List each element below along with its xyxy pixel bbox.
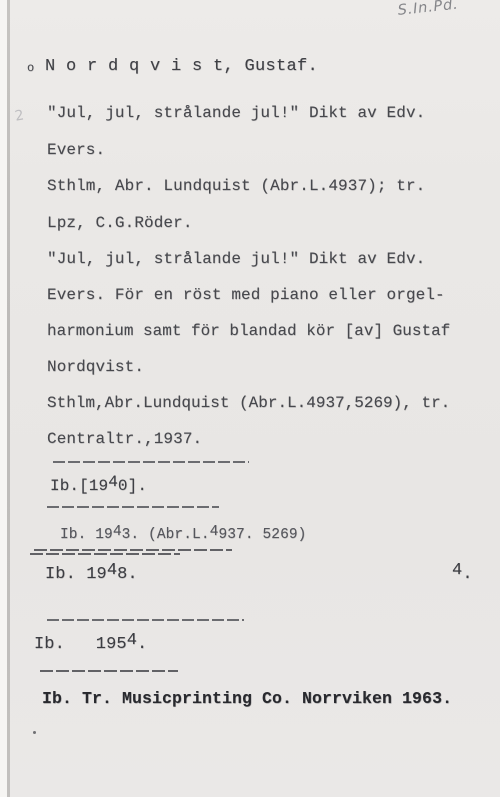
entry1-line4: Lpz, C.G.Röder. [47, 214, 193, 233]
divider-rule-3a [34, 549, 232, 551]
ref-ib1943: Ib. 1943. (Abr.L.4937. 5269) [60, 527, 306, 544]
ref-ib1948-number: 4. [452, 565, 473, 585]
entry1-line1: "Jul, jul, strålande jul!" Dikt av Edv. [47, 104, 425, 123]
entry2-line6: Centraltr.,1937. [47, 430, 202, 449]
entry2-line4: Nordqvist. [47, 358, 144, 377]
entry2-line1: "Jul, jul, strålande jul!" Dikt av Edv. [47, 250, 425, 269]
divider-rule-1 [53, 461, 249, 463]
ref-ib1940: Ib.[1940]. [50, 477, 147, 496]
scan-left-margin [0, 0, 7, 797]
divider-rule-4 [47, 619, 244, 621]
catalog-card: S.In.Pd. 2 o N o r d q v i s t, Gustaf. … [0, 0, 500, 797]
entry2-line5: Sthlm,Abr.Lundquist (Abr.L.4937,5269), t… [47, 394, 450, 413]
entry2-line3: harmonium samt för blandad kör [av] Gust… [47, 322, 450, 341]
handwritten-shelfmark: S.In.Pd. [397, 0, 459, 19]
ref-ib1954: Ib. 1954. [34, 635, 147, 655]
ink-dot [33, 731, 36, 734]
heading-marker: o [27, 61, 34, 75]
ref-ib1963: Ib. Tr. Musicprinting Co. Norrviken 1963… [42, 689, 452, 709]
card-left-edge [7, 0, 10, 797]
divider-rule-2 [47, 506, 219, 508]
divider-rule-3b [30, 553, 180, 555]
composer-heading: N o r d q v i s t, Gustaf. [45, 57, 318, 77]
pencil-squiggle: 2 [14, 107, 26, 124]
ref-ib1948: Ib. 1948. [45, 565, 138, 585]
entry2-line2: Evers. För en röst med piano eller orgel… [47, 286, 445, 305]
entry1-line2: Evers. [47, 141, 105, 160]
entry1-line3: Sthlm, Abr. Lundquist (Abr.L.4937); tr. [47, 177, 425, 196]
divider-rule-5 [40, 670, 178, 672]
